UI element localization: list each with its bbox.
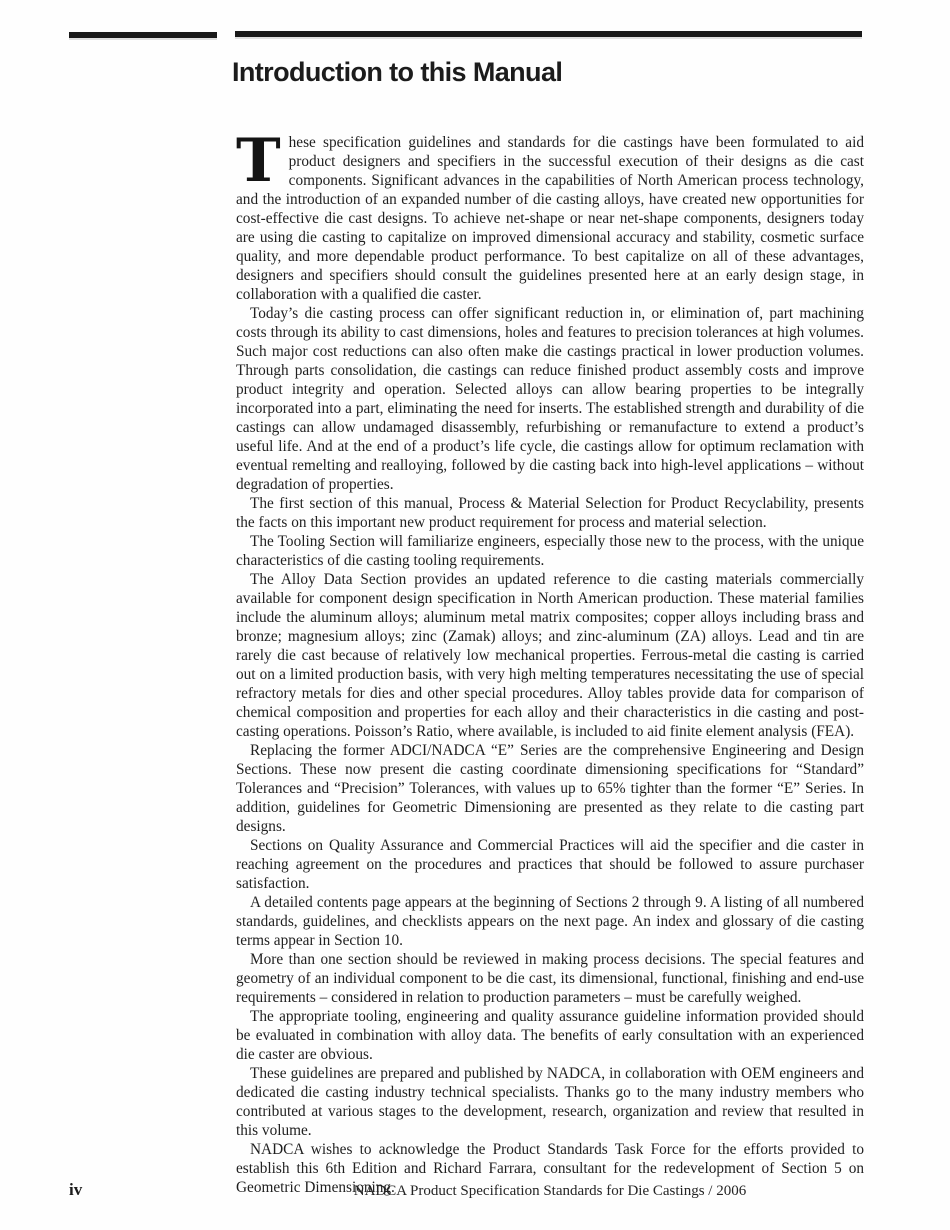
body-paragraph: Replacing the former ADCI/NADCA “E” Seri…	[236, 741, 864, 836]
manual-page: Introduction to this Manual These specif…	[0, 0, 950, 1230]
body-paragraph: The first section of this manual, Proces…	[236, 494, 864, 532]
page-number: iv	[69, 1180, 82, 1200]
body-paragraph: These specification guidelines and stand…	[236, 133, 864, 304]
paragraph-text: hese specification guidelines and standa…	[236, 134, 864, 303]
body-paragraph: These guidelines are prepared and publis…	[236, 1064, 864, 1140]
body-paragraph: A detailed contents page appears at the …	[236, 893, 864, 950]
page-title: Introduction to this Manual	[232, 57, 562, 88]
header-rule-short	[69, 32, 217, 38]
header-rule-long	[235, 31, 862, 37]
body-text: These specification guidelines and stand…	[236, 133, 864, 1197]
body-paragraph: Sections on Quality Assurance and Commer…	[236, 836, 864, 893]
body-paragraph: More than one section should be reviewed…	[236, 950, 864, 1007]
footer-title: NADCA Product Specification Standards fo…	[236, 1183, 864, 1200]
drop-cap: T	[236, 137, 281, 185]
body-paragraph: Today’s die casting process can offer si…	[236, 304, 864, 494]
body-paragraph: The Alloy Data Section provides an updat…	[236, 570, 864, 741]
body-paragraph: The Tooling Section will familiarize eng…	[236, 532, 864, 570]
body-paragraph: The appropriate tooling, engineering and…	[236, 1007, 864, 1064]
